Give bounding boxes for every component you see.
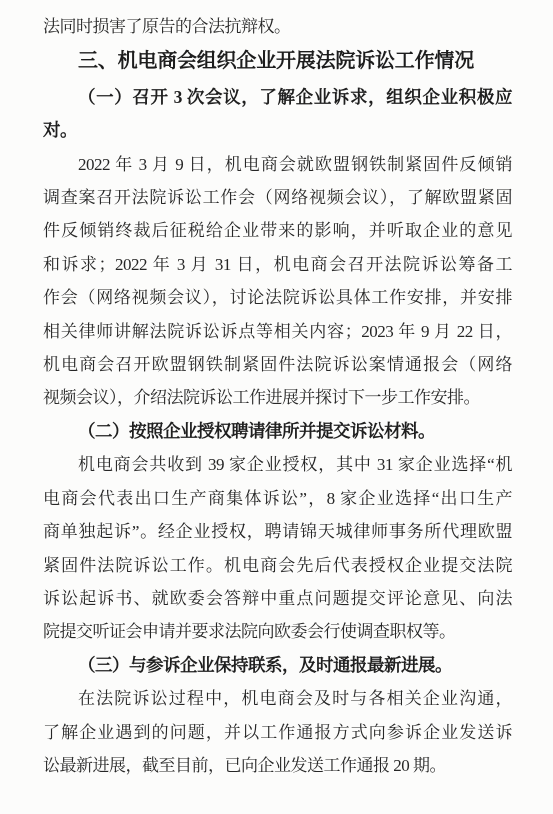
subsection-heading: （一）召开 3 次会议，了解企业诉求，组织企业积极应: [43, 81, 512, 114]
text-line: 机电商会共收到 39 家企业授权，其中 31 家企业选择“机: [43, 448, 512, 481]
text-line: 讼最新进展，截至目前，已向企业发送工作通报 20 期。: [43, 749, 512, 782]
text-line: 2022 年 3 月 9 日，机电商会就欧盟钢铁制紧固件反倾销: [43, 148, 512, 181]
text-line: 和诉求；2022 年 3 月 31 日，机电商会召开法院诉讼筹备工: [43, 248, 512, 281]
text-line: 院提交听证会申请并要求法院向欧委会行使调查职权等。: [43, 615, 512, 648]
document-page: 法同时损害了原告的合法抗辩权。 三、机电商会组织企业开展法院诉讼工作情况 （一）…: [0, 0, 553, 814]
text-line: 相关律师讲解法院诉讼诉点等相关内容；2023 年 9 月 22 日，: [43, 315, 512, 348]
text-line: 机电商会召开欧盟钢铁制紧固件法院诉讼案情通报会（网络: [43, 348, 512, 381]
section-heading: 三、机电商会组织企业开展法院诉讼工作情况: [43, 45, 512, 78]
text-line: 了解企业遇到的问题，并以工作通报方式向参诉企业发送诉: [43, 716, 512, 749]
text-line: 法同时损害了原告的合法抗辩权。: [43, 10, 512, 43]
text-line: 电商会代表出口生产商集体诉讼”，8 家企业选择“出口生产: [43, 482, 512, 515]
text-line: 视频会议），介绍法院诉讼工作进展并探讨下一步工作安排。: [43, 381, 512, 414]
text-line: 调查案召开法院诉讼工作会（网络视频会议），了解欧盟紧固: [43, 181, 512, 214]
text-line: 商单独起诉”。经企业授权，聘请锦天城律师事务所代理欧盟: [43, 515, 512, 548]
text-line: 件反倾销终裁后征税给企业带来的影响，并听取企业的意见: [43, 214, 512, 247]
text-line: 在法院诉讼过程中，机电商会及时与各相关企业沟通，: [43, 682, 512, 715]
text-line: 紧固件法院诉讼工作。机电商会先后代表授权企业提交法院: [43, 549, 512, 582]
text-line: 作会（网络视频会议），讨论法院诉讼具体工作安排，并安排: [43, 281, 512, 314]
subsection-heading: （二）按照企业授权聘请律所并提交诉讼材料。: [43, 415, 512, 448]
text-line: 诉讼起诉书、就欧委会答辩中重点问题提交评论意见、向法: [43, 582, 512, 615]
subsection-heading: （三）与参诉企业保持联系，及时通报最新进展。: [43, 649, 512, 682]
subsection-heading-continuation: 对。: [43, 114, 512, 147]
